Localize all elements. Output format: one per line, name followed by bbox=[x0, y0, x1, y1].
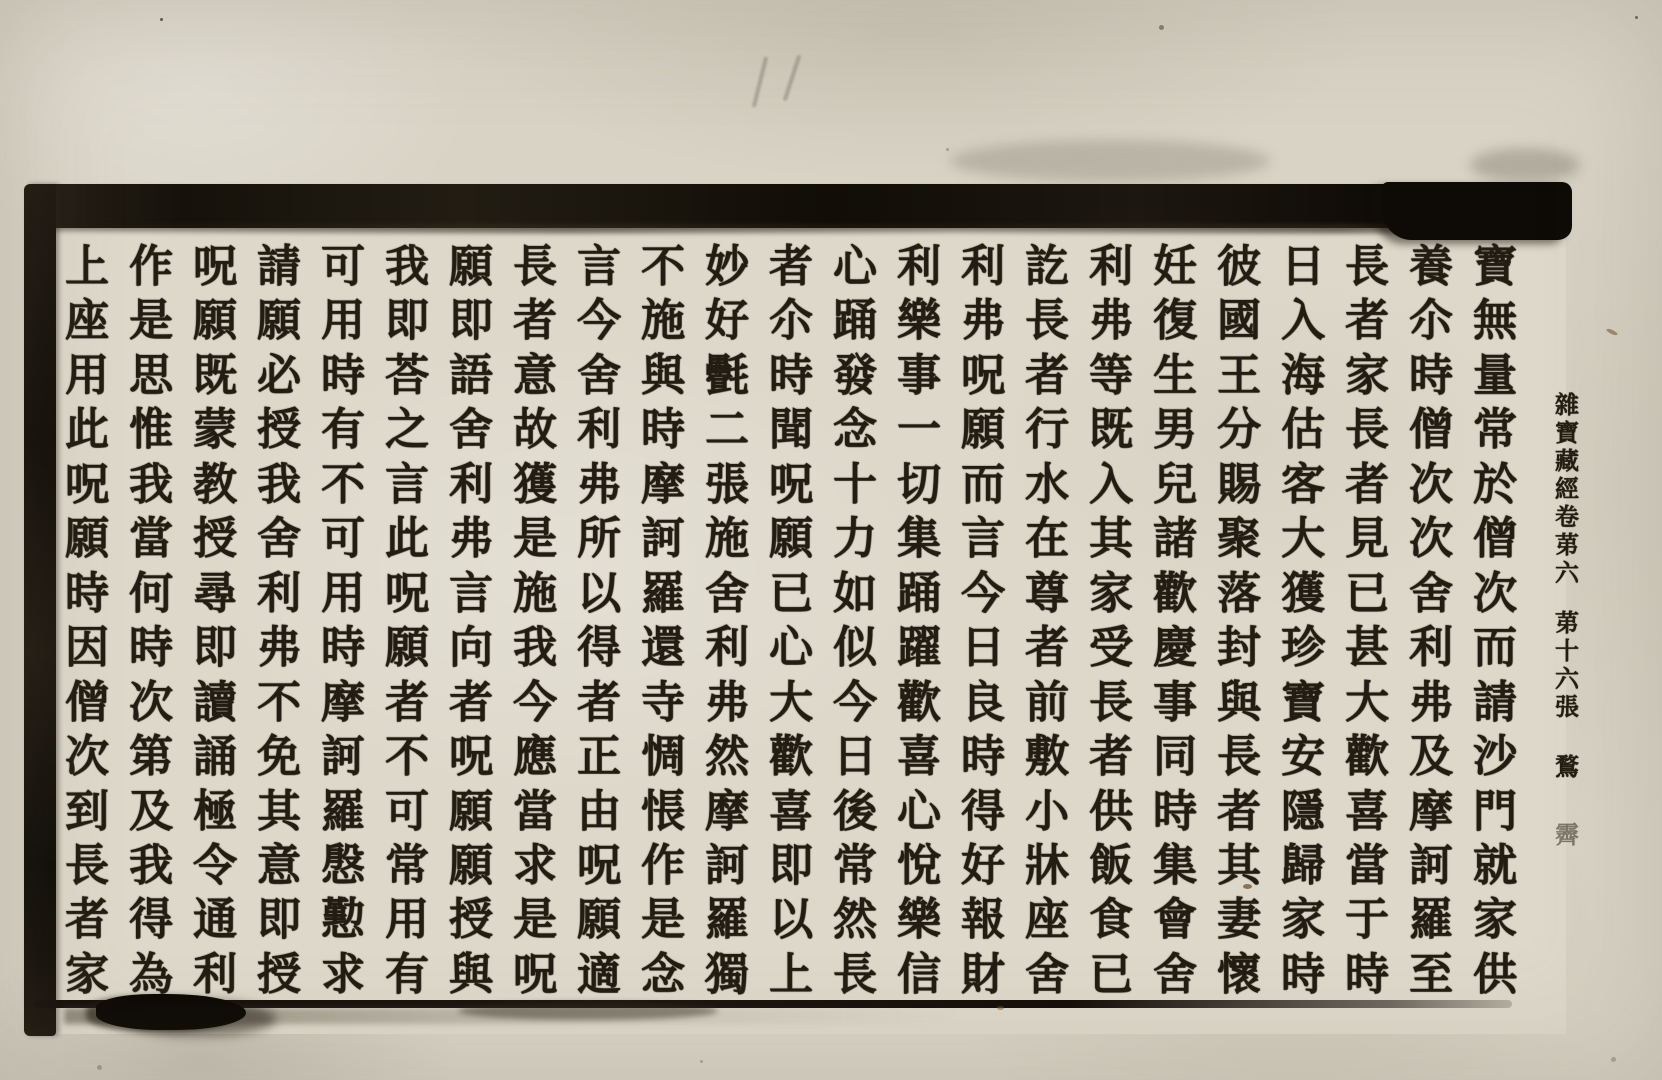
left-border-bar bbox=[24, 184, 56, 1036]
case-mark-character: 鶩 bbox=[1552, 754, 1582, 782]
character: 舍 bbox=[1404, 567, 1458, 621]
margin-pencil-mark bbox=[752, 56, 768, 107]
character: 而 bbox=[956, 458, 1010, 512]
text-column: 寶無量常於僧次而請沙門就家供 bbox=[1464, 240, 1526, 1002]
character: 財 bbox=[956, 948, 1010, 1002]
character: 即 bbox=[444, 294, 498, 348]
character: 後 bbox=[828, 785, 882, 839]
character: 然 bbox=[700, 730, 754, 784]
character: 集 bbox=[892, 512, 946, 566]
character: 此 bbox=[380, 512, 434, 566]
character: 其 bbox=[1084, 512, 1138, 566]
character: 利 bbox=[252, 567, 306, 621]
character: 妻 bbox=[1212, 893, 1266, 947]
character: 時 bbox=[1276, 948, 1330, 1002]
character: 是 bbox=[124, 294, 178, 348]
character: 尒 bbox=[1404, 294, 1458, 348]
character: 者 bbox=[764, 240, 818, 294]
text-column: 利弗等既入其家受長者供飯食已 bbox=[1080, 240, 1142, 1002]
character: 願 bbox=[444, 839, 498, 893]
character: 鶩 bbox=[1552, 754, 1582, 782]
character: 家 bbox=[1468, 893, 1522, 947]
character: 及 bbox=[124, 785, 178, 839]
character: 甚 bbox=[1340, 621, 1394, 675]
character: 長 bbox=[508, 240, 562, 294]
character: 作 bbox=[636, 839, 690, 893]
character: 授 bbox=[188, 512, 242, 566]
character: 尒 bbox=[764, 294, 818, 348]
character: 供 bbox=[1084, 785, 1138, 839]
character: 喜 bbox=[892, 730, 946, 784]
character: 悵 bbox=[636, 785, 690, 839]
character: 即 bbox=[188, 621, 242, 675]
character: 言 bbox=[380, 458, 434, 512]
character: 寺 bbox=[636, 676, 690, 730]
character: 時 bbox=[316, 349, 370, 403]
character: 好 bbox=[700, 294, 754, 348]
character: 獲 bbox=[508, 458, 562, 512]
manuscript-page: 寶無量常於僧次而請沙門就家供養尒時僧次次舍利弗及摩訶羅至長者家長者見已甚大歡喜當… bbox=[0, 0, 1662, 1080]
character: 呪 bbox=[60, 458, 114, 512]
character: 摩 bbox=[700, 785, 754, 839]
character: 得 bbox=[124, 893, 178, 947]
character: 而 bbox=[1468, 621, 1522, 675]
character: 意 bbox=[508, 349, 562, 403]
character: 大 bbox=[1276, 512, 1330, 566]
character: 思 bbox=[124, 349, 178, 403]
character: 至 bbox=[1404, 948, 1458, 1002]
character: 懷 bbox=[1212, 948, 1266, 1002]
character: 上 bbox=[764, 948, 818, 1002]
character: 妊 bbox=[1148, 240, 1202, 294]
character: 張 bbox=[1552, 694, 1582, 722]
character: 樂 bbox=[892, 893, 946, 947]
character: 者 bbox=[444, 676, 498, 730]
character: 長 bbox=[60, 839, 114, 893]
character: 長 bbox=[1340, 403, 1394, 457]
character: 必 bbox=[252, 349, 306, 403]
text-column: 利弗呪願而言今日良時得好報財 bbox=[952, 240, 1014, 1002]
character: 願 bbox=[572, 893, 626, 947]
character: 願 bbox=[60, 512, 114, 566]
character: 座 bbox=[60, 294, 114, 348]
character: 受 bbox=[1084, 621, 1138, 675]
character: 時 bbox=[764, 349, 818, 403]
character: 得 bbox=[572, 621, 626, 675]
character: 日 bbox=[1276, 240, 1330, 294]
character: 等 bbox=[1084, 349, 1138, 403]
character: 歸 bbox=[1276, 839, 1330, 893]
sheet-number-label: 苐十六張 bbox=[1552, 610, 1582, 722]
character: 得 bbox=[956, 785, 1010, 839]
character: 訶 bbox=[316, 730, 370, 784]
character: 入 bbox=[1084, 458, 1138, 512]
character: 見 bbox=[1340, 512, 1394, 566]
character: 心 bbox=[892, 785, 946, 839]
character: 歡 bbox=[764, 730, 818, 784]
character: 意 bbox=[252, 839, 306, 893]
character: 座 bbox=[1020, 893, 1074, 947]
character: 呪 bbox=[444, 730, 498, 784]
character: 尊 bbox=[1020, 567, 1074, 621]
text-column: 作是思惟我當何時次第及我得為 bbox=[120, 240, 182, 1002]
character: 慇 bbox=[316, 839, 370, 893]
character: 次 bbox=[1404, 458, 1458, 512]
character: 即 bbox=[764, 839, 818, 893]
character: 彼 bbox=[1212, 240, 1266, 294]
character: 不 bbox=[316, 458, 370, 512]
character: 估 bbox=[1276, 403, 1330, 457]
character: 珍 bbox=[1276, 621, 1330, 675]
character: 歡 bbox=[1340, 730, 1394, 784]
character: 水 bbox=[1020, 458, 1074, 512]
character: 呪 bbox=[380, 567, 434, 621]
character: 時 bbox=[956, 730, 1010, 784]
character: 者 bbox=[572, 676, 626, 730]
ink-wash-smudge bbox=[1470, 148, 1580, 182]
character: 利 bbox=[956, 240, 1010, 294]
character: 正 bbox=[572, 730, 626, 784]
character: 霽 bbox=[1552, 822, 1582, 850]
character: 㲲 bbox=[700, 349, 754, 403]
character: 家 bbox=[60, 948, 114, 1002]
character: 前 bbox=[1020, 676, 1074, 730]
character: 當 bbox=[1340, 839, 1394, 893]
character: 是 bbox=[636, 893, 690, 947]
character: 會 bbox=[1148, 893, 1202, 947]
text-column: 長者家長者見已甚大歡喜當于時 bbox=[1336, 240, 1398, 1002]
character: 請 bbox=[1468, 676, 1522, 730]
character: 日 bbox=[828, 730, 882, 784]
character: 聞 bbox=[764, 403, 818, 457]
sutra-title: 雜寶藏經卷苐六 bbox=[1552, 392, 1582, 588]
character: 獲 bbox=[1276, 567, 1330, 621]
character: 生 bbox=[1148, 349, 1202, 403]
character: 海 bbox=[1276, 349, 1330, 403]
character: 願 bbox=[252, 294, 306, 348]
character: 國 bbox=[1212, 294, 1266, 348]
character: 舍 bbox=[444, 403, 498, 457]
character: 弗 bbox=[1404, 676, 1458, 730]
character: 兒 bbox=[1148, 458, 1202, 512]
character: 喜 bbox=[764, 785, 818, 839]
character: 卷 bbox=[1552, 504, 1582, 532]
character: 弗 bbox=[956, 294, 1010, 348]
character: 好 bbox=[956, 839, 1010, 893]
character: 即 bbox=[380, 294, 434, 348]
character: 一 bbox=[892, 403, 946, 457]
character: 時 bbox=[124, 621, 178, 675]
text-column: 願即語舍利弗言向者呪願願授與 bbox=[440, 240, 502, 1002]
text-column: 訖長者行水在尊者前敷小牀座舍 bbox=[1016, 240, 1078, 1002]
corner-ink-blot bbox=[1382, 182, 1572, 240]
character: 羅 bbox=[316, 785, 370, 839]
printed-block: 寶無量常於僧次而請沙門就家供養尒時僧次次舍利弗及摩訶羅至長者家長者見已甚大歡喜當… bbox=[28, 186, 1566, 1034]
character: 之 bbox=[380, 403, 434, 457]
character: 者 bbox=[1340, 294, 1394, 348]
text-columns: 寶無量常於僧次而請沙門就家供養尒時僧次次舍利弗及摩訶羅至長者家長者見已甚大歡喜當… bbox=[56, 240, 1526, 1002]
character: 隱 bbox=[1276, 785, 1330, 839]
character: 喜 bbox=[1340, 785, 1394, 839]
character: 其 bbox=[252, 785, 306, 839]
text-column: 我即荅之言此呪願者不可常用有 bbox=[376, 240, 438, 1002]
character: 弗 bbox=[252, 621, 306, 675]
character: 舍 bbox=[1020, 948, 1074, 1002]
character: 利 bbox=[188, 948, 242, 1002]
character: 門 bbox=[1468, 785, 1522, 839]
character: 心 bbox=[828, 240, 882, 294]
character: 荅 bbox=[380, 349, 434, 403]
character: 然 bbox=[828, 893, 882, 947]
character: 報 bbox=[956, 893, 1010, 947]
character: 可 bbox=[316, 240, 370, 294]
character: 良 bbox=[956, 676, 1010, 730]
character: 為 bbox=[124, 948, 178, 1002]
character: 不 bbox=[252, 676, 306, 730]
character: 獨 bbox=[700, 948, 754, 1002]
character: 二 bbox=[700, 403, 754, 457]
character: 我 bbox=[124, 839, 178, 893]
character: 者 bbox=[380, 676, 434, 730]
character: 供 bbox=[1468, 948, 1522, 1002]
character: 事 bbox=[1148, 676, 1202, 730]
character: 適 bbox=[572, 948, 626, 1002]
character: 教 bbox=[188, 458, 242, 512]
character: 是 bbox=[508, 512, 562, 566]
character: 寶 bbox=[1552, 420, 1582, 448]
margin-pencil-mark bbox=[783, 55, 802, 102]
character: 利 bbox=[1404, 621, 1458, 675]
text-column: 妊復生男兒諸歡慶事同時集會舍 bbox=[1144, 240, 1206, 1002]
character: 者 bbox=[1084, 730, 1138, 784]
text-column: 上座用此呪願時因僧次到長者家 bbox=[56, 240, 118, 1002]
text-column: 可用時有不可用時摩訶羅慇懃求 bbox=[312, 240, 374, 1002]
character: 上 bbox=[60, 240, 114, 294]
character: 第 bbox=[124, 730, 178, 784]
character: 極 bbox=[188, 785, 242, 839]
character: 於 bbox=[1468, 458, 1522, 512]
character: 悅 bbox=[892, 839, 946, 893]
character: 向 bbox=[444, 621, 498, 675]
character: 慶 bbox=[1148, 621, 1202, 675]
character: 不 bbox=[380, 730, 434, 784]
character: 男 bbox=[1148, 403, 1202, 457]
character: 既 bbox=[1084, 403, 1138, 457]
character: 張 bbox=[700, 458, 754, 512]
character: 者 bbox=[1340, 458, 1394, 512]
character: 與 bbox=[636, 349, 690, 403]
character: 時 bbox=[60, 567, 114, 621]
character: 苐 bbox=[1552, 532, 1582, 560]
character: 念 bbox=[828, 403, 882, 457]
character: 當 bbox=[124, 512, 178, 566]
character: 授 bbox=[252, 403, 306, 457]
text-column: 心踊發念十力如似今日後常然長 bbox=[824, 240, 886, 1002]
character: 到 bbox=[60, 785, 114, 839]
character: 求 bbox=[508, 839, 562, 893]
character: 呪 bbox=[188, 240, 242, 294]
character: 者 bbox=[508, 294, 562, 348]
character: 樂 bbox=[892, 294, 946, 348]
character: 安 bbox=[1276, 730, 1330, 784]
character: 躍 bbox=[892, 621, 946, 675]
character: 摩 bbox=[1404, 785, 1458, 839]
paper-flecks bbox=[160, 18, 163, 21]
character: 力 bbox=[828, 512, 882, 566]
character: 日 bbox=[956, 621, 1010, 675]
character: 用 bbox=[60, 349, 114, 403]
character: 言 bbox=[572, 240, 626, 294]
character: 苐 bbox=[1552, 610, 1582, 638]
character: 摩 bbox=[636, 458, 690, 512]
character: 訶 bbox=[700, 839, 754, 893]
character: 懃 bbox=[316, 893, 370, 947]
character: 復 bbox=[1148, 294, 1202, 348]
character: 言 bbox=[444, 567, 498, 621]
character: 求 bbox=[316, 948, 370, 1002]
character: 賜 bbox=[1212, 458, 1266, 512]
character: 以 bbox=[572, 567, 626, 621]
character: 次 bbox=[124, 676, 178, 730]
character: 王 bbox=[1212, 349, 1266, 403]
character: 授 bbox=[444, 893, 498, 947]
character: 利 bbox=[444, 458, 498, 512]
character: 養 bbox=[1404, 240, 1458, 294]
character: 家 bbox=[1276, 893, 1330, 947]
character: 故 bbox=[508, 403, 562, 457]
character: 舍 bbox=[1148, 948, 1202, 1002]
character: 應 bbox=[508, 730, 562, 784]
character: 言 bbox=[956, 512, 1010, 566]
character: 尋 bbox=[188, 567, 242, 621]
character: 十 bbox=[1552, 638, 1582, 666]
character: 量 bbox=[1468, 349, 1522, 403]
character: 是 bbox=[508, 893, 562, 947]
character: 六 bbox=[1552, 560, 1582, 588]
character: 諸 bbox=[1148, 512, 1202, 566]
character: 妙 bbox=[700, 240, 754, 294]
character: 長 bbox=[1020, 294, 1074, 348]
character: 者 bbox=[60, 893, 114, 947]
character: 踊 bbox=[828, 294, 882, 348]
character: 不 bbox=[636, 240, 690, 294]
character: 切 bbox=[892, 458, 946, 512]
character: 既 bbox=[188, 349, 242, 403]
text-column: 者尒時聞呪願已心大歡喜即以上 bbox=[760, 240, 822, 1002]
character: 時 bbox=[1404, 349, 1458, 403]
bottom-ink-smudge bbox=[458, 1002, 718, 1020]
character: 施 bbox=[636, 294, 690, 348]
character: 長 bbox=[828, 948, 882, 1002]
character: 以 bbox=[764, 893, 818, 947]
text-column: 言今舍利弗所以得者正由呪願適 bbox=[568, 240, 630, 1002]
character: 似 bbox=[828, 621, 882, 675]
text-column: 彼國王分賜聚落封與長者其妻懷 bbox=[1208, 240, 1270, 1002]
character: 願 bbox=[444, 240, 498, 294]
character: 已 bbox=[764, 567, 818, 621]
character: 授 bbox=[252, 948, 306, 1002]
character: 羅 bbox=[1404, 893, 1458, 947]
character: 還 bbox=[636, 621, 690, 675]
character: 通 bbox=[188, 893, 242, 947]
character: 長 bbox=[1340, 240, 1394, 294]
character: 當 bbox=[508, 785, 562, 839]
character: 語 bbox=[444, 349, 498, 403]
character: 無 bbox=[1468, 294, 1522, 348]
character: 我 bbox=[380, 240, 434, 294]
character: 常 bbox=[1468, 403, 1522, 457]
character: 僧 bbox=[1468, 512, 1522, 566]
character: 已 bbox=[1340, 567, 1394, 621]
character: 小 bbox=[1020, 785, 1074, 839]
character: 因 bbox=[60, 621, 114, 675]
text-column: 養尒時僧次次舍利弗及摩訶羅至 bbox=[1400, 240, 1462, 1002]
character: 作 bbox=[124, 240, 178, 294]
character: 今 bbox=[572, 294, 626, 348]
character: 弗 bbox=[444, 512, 498, 566]
character: 集 bbox=[1148, 839, 1202, 893]
character: 大 bbox=[764, 676, 818, 730]
character: 願 bbox=[956, 403, 1010, 457]
character: 訶 bbox=[636, 512, 690, 566]
text-column: 不施與時摩訶羅還寺惆悵作是念 bbox=[632, 240, 694, 1002]
character: 利 bbox=[572, 403, 626, 457]
character: 我 bbox=[252, 458, 306, 512]
character: 我 bbox=[124, 458, 178, 512]
character: 今 bbox=[828, 676, 882, 730]
character: 念 bbox=[636, 948, 690, 1002]
character: 呪 bbox=[572, 839, 626, 893]
character: 讀 bbox=[188, 676, 242, 730]
character: 可 bbox=[380, 785, 434, 839]
character: 家 bbox=[1084, 567, 1138, 621]
character: 長 bbox=[1084, 676, 1138, 730]
character: 由 bbox=[572, 785, 626, 839]
character: 利 bbox=[1084, 240, 1138, 294]
character: 寶 bbox=[1468, 240, 1522, 294]
character: 羅 bbox=[700, 893, 754, 947]
character: 十 bbox=[828, 458, 882, 512]
character: 落 bbox=[1212, 567, 1266, 621]
character: 常 bbox=[828, 839, 882, 893]
character: 蒙 bbox=[188, 403, 242, 457]
character: 願 bbox=[764, 512, 818, 566]
text-column: 長者意故獲是施我今應當求是呪 bbox=[504, 240, 566, 1002]
character: 僧 bbox=[1404, 403, 1458, 457]
character: 呪 bbox=[764, 458, 818, 512]
faint-collation-mark: 霽 bbox=[1552, 822, 1582, 850]
character: 時 bbox=[1148, 785, 1202, 839]
character: 用 bbox=[380, 893, 434, 947]
character: 時 bbox=[316, 621, 370, 675]
character: 如 bbox=[828, 567, 882, 621]
text-column: 妙好㲲二張施舍利弗然摩訶羅獨 bbox=[696, 240, 758, 1002]
character: 大 bbox=[1340, 676, 1394, 730]
character: 何 bbox=[124, 567, 178, 621]
character: 訖 bbox=[1020, 240, 1074, 294]
character: 寶 bbox=[1276, 676, 1330, 730]
character: 次 bbox=[1468, 567, 1522, 621]
character: 歡 bbox=[1148, 567, 1202, 621]
text-column: 呪願既蒙教授尋即讀誦極令通利 bbox=[184, 240, 246, 1002]
character: 食 bbox=[1084, 893, 1138, 947]
character: 用 bbox=[316, 294, 370, 348]
top-border-bar bbox=[32, 184, 1568, 228]
character: 客 bbox=[1276, 458, 1330, 512]
character: 雜 bbox=[1552, 392, 1582, 420]
character: 願 bbox=[444, 785, 498, 839]
character: 摩 bbox=[316, 676, 370, 730]
